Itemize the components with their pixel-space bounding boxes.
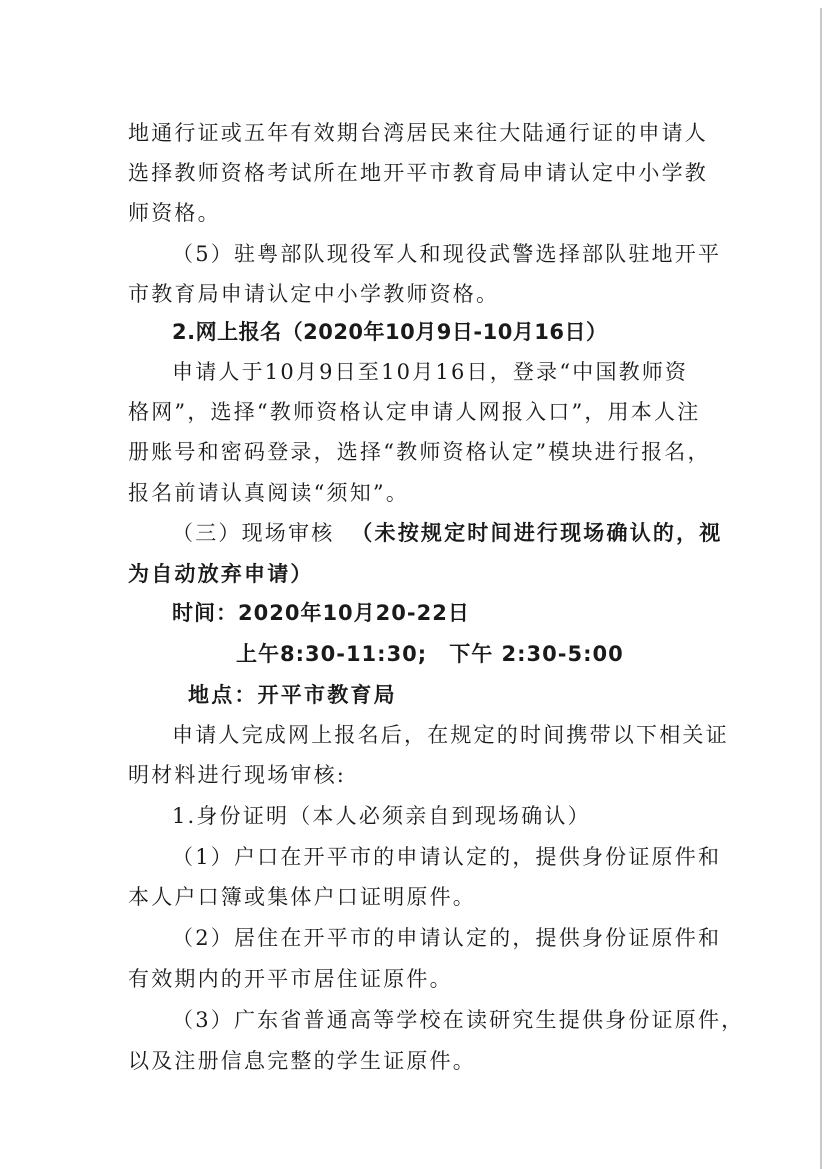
paragraph-line: 师资格。 <box>128 200 221 226</box>
paragraph-line: 以及注册信息完整的学生证原件。 <box>128 1048 476 1074</box>
review-location: 地点：开平市教育局 <box>188 682 397 708</box>
list-item-5: （5）驻粤部队现役军人和现役武警选择部队驻地开平 <box>172 241 721 267</box>
list-item-identity: 1.身份证明（本人必须亲自到现场确认） <box>172 803 591 829</box>
section-heading-onsite-review: （三）现场审核 （未按规定时间进行现场确认的，视 <box>172 520 723 546</box>
paragraph-line: 本人户口簿或集体户口证明原件。 <box>128 884 476 910</box>
review-hours: 上午8:30-11:30; 下午 2:30-5:00 <box>236 641 624 667</box>
paragraph-line: 册账号和密码登录，选择“教师资格认定”模块进行报名， <box>128 439 711 465</box>
paragraph-line: 格网”，选择“教师资格认定申请人网报入口”，用本人注 <box>128 399 700 425</box>
paragraph-line: 报名前请认真阅读“须知”。 <box>128 480 409 506</box>
section-note: （未按规定时间进行现场确认的，视 <box>351 520 722 545</box>
section-note-continued: 为自动放弃申请） <box>128 561 314 587</box>
list-item-2: （2）居住在开平市的申请认定的，提供身份证原件和 <box>172 925 721 951</box>
review-time: 时间：2020年10月20-22日 <box>172 600 470 626</box>
list-item-3: （3）广东省普通高等学校在读研究生提供身份证原件， <box>172 1007 744 1033</box>
paragraph-line: 申请人完成网上报名后，在规定的时间携带以下相关证 <box>172 722 729 748</box>
paragraph-line: 地通行证或五年有效期台湾居民来往大陆通行证的申请人 <box>128 120 708 146</box>
paragraph-line: 有效期内的开平市居住证原件。 <box>128 966 453 992</box>
paragraph-line: 明材料进行现场审核: <box>128 762 346 788</box>
paragraph-line: 选择教师资格考试所在地开平市教育局申请认定中小学教 <box>128 160 708 186</box>
list-item-1: （1）户口在开平市的申请认定的，提供身份证原件和 <box>172 844 721 870</box>
paragraph-line: 申请人于10月9日至10月16日，登录“中国教师资 <box>172 359 688 385</box>
page-edge-line <box>820 8 822 1169</box>
paragraph-line: 市教育局申请认定中小学教师资格。 <box>128 281 499 307</box>
section-heading-online-registration: 2.网上报名（2020年10月9日-10月16日） <box>172 319 608 345</box>
section-title: （三）现场审核 <box>172 521 334 545</box>
